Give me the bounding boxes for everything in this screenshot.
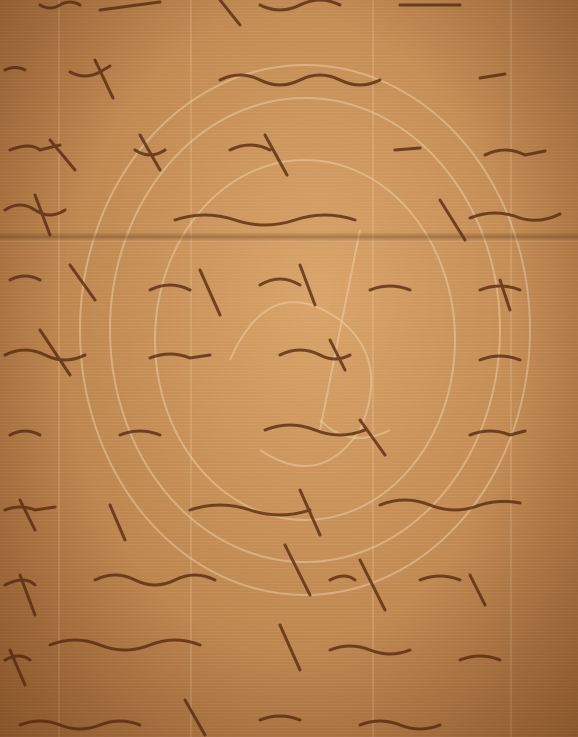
manuscript-photo — [0, 0, 578, 737]
photo-vignette — [0, 0, 578, 737]
